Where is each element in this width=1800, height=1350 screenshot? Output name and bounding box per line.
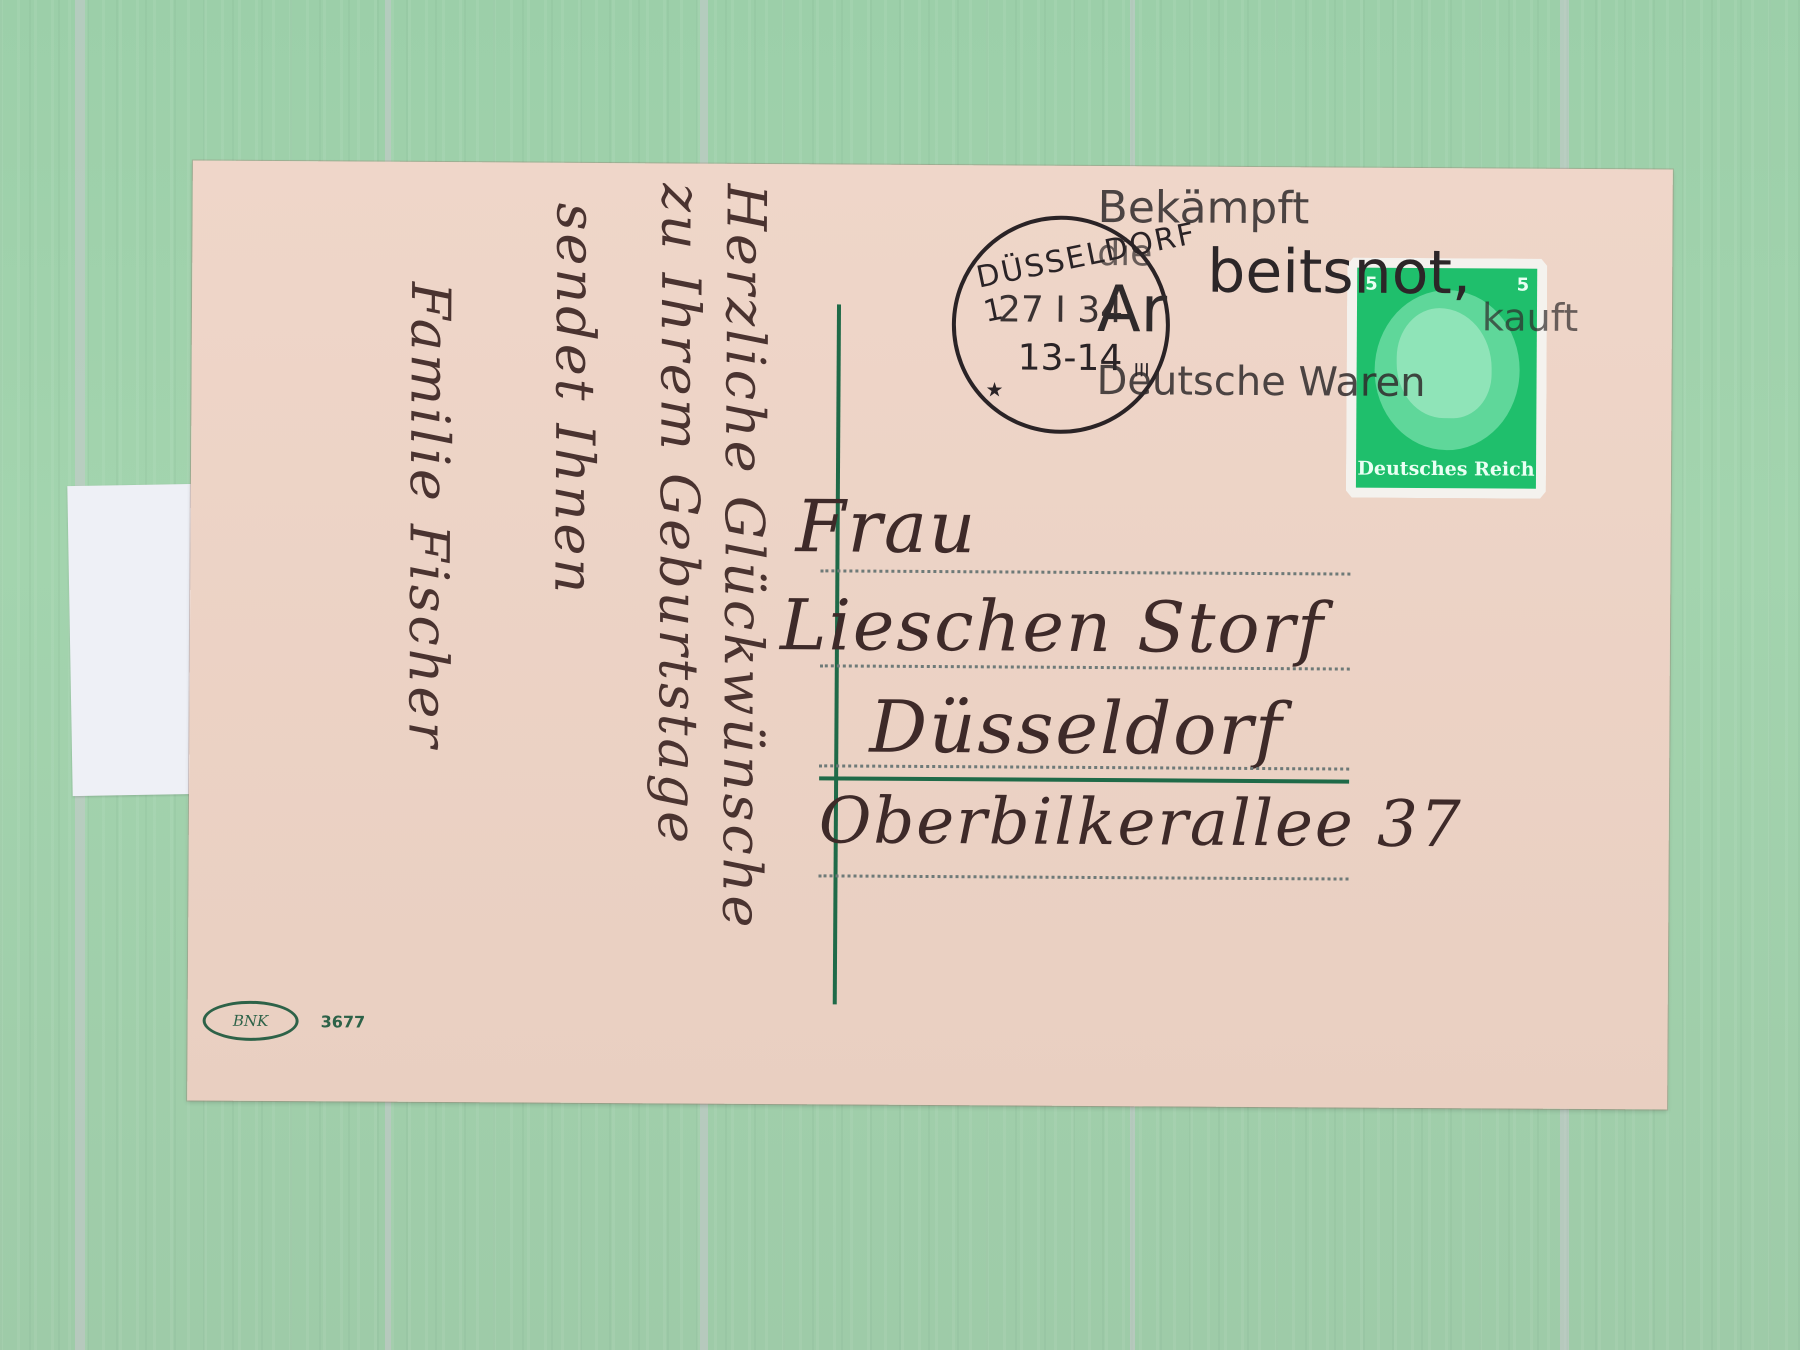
message-line: zu Ihrem Geburtstage — [647, 183, 712, 1083]
slogan-line-2: die — [1097, 236, 1152, 272]
slogan-line-1: Bekämpft — [1097, 186, 1309, 231]
slogan-line-3-overprint: beitsnot, — [1207, 242, 1471, 304]
message-line: Familie Fischer — [397, 282, 462, 1182]
star-icon: ★ — [985, 377, 1003, 401]
address-street: Oberbilkerallee 37 — [819, 784, 1463, 862]
card-number: 3677 — [321, 1012, 366, 1031]
handwritten-message: Herzliche Glückwünsche zu Ihrem Geburtst… — [187, 160, 833, 1104]
address-rule — [819, 874, 1349, 880]
archive-label: 4126 — [67, 484, 202, 796]
publisher-logo: BNK — [203, 1001, 299, 1042]
address-city: Düsseldorf — [869, 685, 1284, 772]
slogan-line-3-right: kauft — [1482, 298, 1579, 337]
address-rule — [820, 569, 1350, 575]
address-salutation: Frau — [795, 484, 977, 569]
address-underline — [819, 776, 1349, 783]
slogan-line-4: Deutsche Waren — [1096, 361, 1425, 403]
stamp-country: Deutsches Reich — [1356, 458, 1536, 481]
message-line: sendet Ihnen — [542, 203, 607, 1103]
slogan-line-3-left: Ar — [1097, 278, 1167, 342]
address-name: Lieschen Storf — [780, 584, 1325, 669]
stamp-denomination: 5 — [1517, 275, 1530, 296]
publisher-mark: BNK 3677 — [203, 1001, 366, 1042]
postcard: Herzliche Glückwünsche zu Ihrem Geburtst… — [187, 160, 1673, 1109]
message-line: Herzliche Glückwünsche — [712, 184, 777, 1084]
